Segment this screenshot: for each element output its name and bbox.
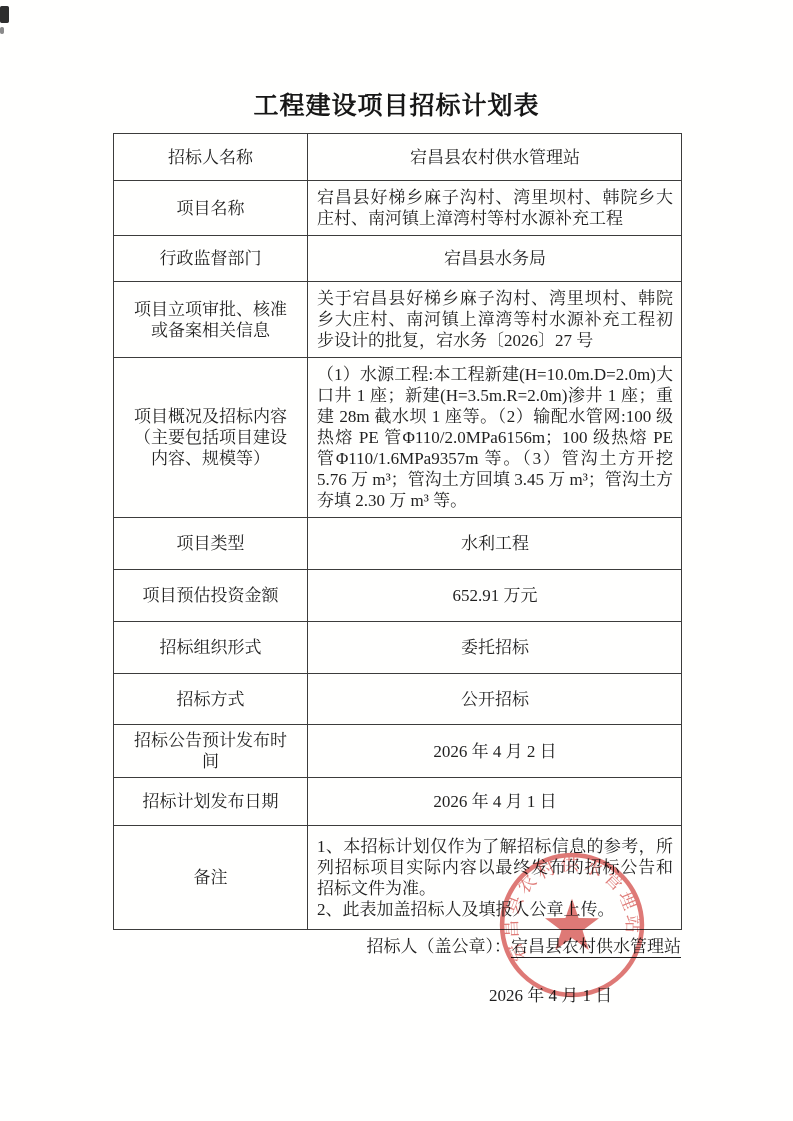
row-value: 宕昌县好梯乡麻子沟村、湾里坝村、韩院乡大庄村、南河镇上漳湾村等村水源补充工程 xyxy=(308,181,681,235)
signature-line: 招标人（盖公章）：宕昌县农村供水管理站 xyxy=(367,936,682,958)
table-row: 招标方式公开招标 xyxy=(114,673,681,724)
row-label: 项目立项审批、核准或备案相关信息 xyxy=(114,282,308,357)
document-page: 工程建设项目招标计划表 招标人名称宕昌县农村供水管理站项目名称宕昌县好梯乡麻子沟… xyxy=(0,0,793,1121)
row-label: 项目概况及招标内容（主要包括项目建设内容、规模等） xyxy=(114,358,308,517)
page-title: 工程建设项目招标计划表 xyxy=(0,86,793,122)
signature-name: 宕昌县农村供水管理站 xyxy=(511,937,681,958)
row-label: 招标人名称 xyxy=(114,134,308,180)
table-row: 行政监督部门宕昌县水务局 xyxy=(114,235,681,281)
row-label: 招标计划发布日期 xyxy=(114,778,308,825)
table-row: 招标公告预计发布时间2026 年 4 月 2 日 xyxy=(114,724,681,777)
table-row: 项目概况及招标内容（主要包括项目建设内容、规模等）（1）水源工程:本工程新建(H… xyxy=(114,357,681,517)
table-row: 项目立项审批、核准或备案相关信息关于宕昌县好梯乡麻子沟村、湾里坝村、韩院乡大庄村… xyxy=(114,281,681,357)
table-row: 项目名称宕昌县好梯乡麻子沟村、湾里坝村、韩院乡大庄村、南河镇上漳湾村等村水源补充… xyxy=(114,180,681,235)
row-label: 招标公告预计发布时间 xyxy=(114,725,308,777)
table-row: 备注1、本招标计划仅作为了解招标信息的参考，所列招标项目实际内容以最终发布的招标… xyxy=(114,825,681,929)
row-value: 宕昌县水务局 xyxy=(308,236,681,281)
row-value: 宕昌县农村供水管理站 xyxy=(308,134,681,180)
row-value: 委托招标 xyxy=(308,622,681,673)
table-row: 招标人名称宕昌县农村供水管理站 xyxy=(114,134,681,180)
footer-date: 2026 年 4 月 1 日 xyxy=(489,981,612,1006)
row-value: 2026 年 4 月 1 日 xyxy=(308,778,681,825)
row-value: （1）水源工程:本工程新建(H=10.0m.D=2.0m)大口井 1 座；新建(… xyxy=(308,358,681,517)
scan-artifact xyxy=(0,6,9,23)
row-label: 备注 xyxy=(114,826,308,929)
row-value: 1、本招标计划仅作为了解招标信息的参考，所列招标项目实际内容以最终发布的招标公告… xyxy=(308,826,681,929)
row-label: 行政监督部门 xyxy=(114,236,308,281)
table-row: 项目类型水利工程 xyxy=(114,517,681,569)
table-row: 招标计划发布日期2026 年 4 月 1 日 xyxy=(114,777,681,825)
signature-label: 招标人（盖公章）： xyxy=(367,937,512,956)
table-row: 招标组织形式委托招标 xyxy=(114,621,681,673)
row-value: 公开招标 xyxy=(308,674,681,724)
scan-artifact xyxy=(0,27,4,34)
row-value: 水利工程 xyxy=(308,518,681,569)
row-value: 652.91 万元 xyxy=(308,570,681,621)
row-label: 招标方式 xyxy=(114,674,308,724)
row-value: 2026 年 4 月 2 日 xyxy=(308,725,681,777)
table-row: 项目预估投资金额652.91 万元 xyxy=(114,569,681,621)
row-label: 招标组织形式 xyxy=(114,622,308,673)
row-label: 项目名称 xyxy=(114,181,308,235)
row-label: 项目预估投资金额 xyxy=(114,570,308,621)
bidding-plan-table: 招标人名称宕昌县农村供水管理站项目名称宕昌县好梯乡麻子沟村、湾里坝村、韩院乡大庄… xyxy=(113,133,682,930)
row-value: 关于宕昌县好梯乡麻子沟村、湾里坝村、韩院乡大庄村、南河镇上漳湾等村水源补充工程初… xyxy=(308,282,681,357)
row-label: 项目类型 xyxy=(114,518,308,569)
